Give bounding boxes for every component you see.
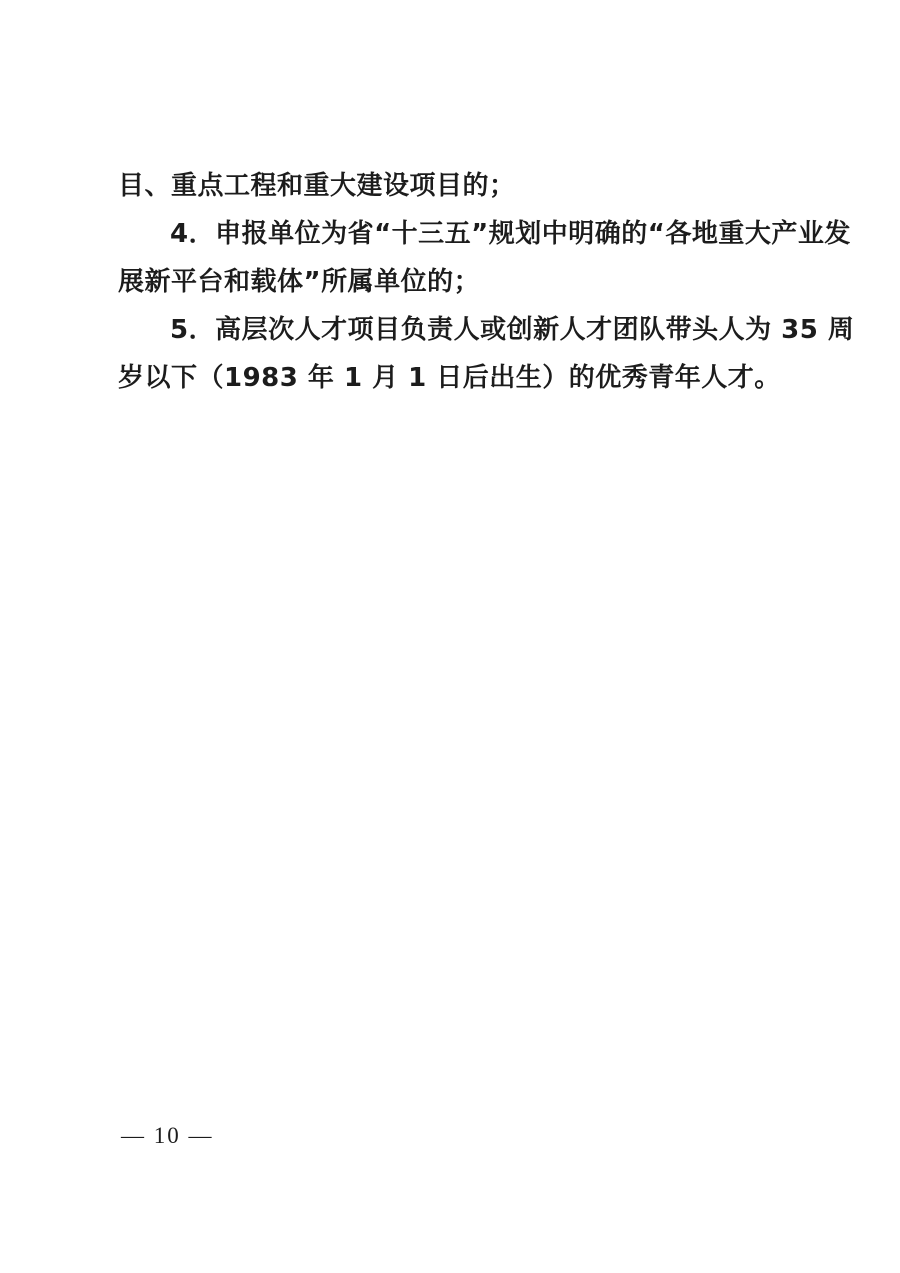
text-line-2-item-4: 4．申报单位为省“十三五”规划中明确的“各地重大产业发: [118, 210, 788, 258]
body-text-block: 目、重点工程和重大建设项目的； 4．申报单位为省“十三五”规划中明确的“各地重大…: [118, 162, 788, 402]
text-line-1: 目、重点工程和重大建设项目的；: [118, 162, 788, 210]
document-page: 目、重点工程和重大建设项目的； 4．申报单位为省“十三五”规划中明确的“各地重大…: [0, 0, 900, 1273]
text-line-4-item-5: 5．高层次人才项目负责人或创新人才团队带头人为 35 周: [118, 306, 788, 354]
page-number: — 10 —: [121, 1122, 214, 1150]
text-line-3: 展新平台和载体”所属单位的；: [118, 258, 788, 306]
text-line-5: 岁以下（1983 年 1 月 1 日后出生）的优秀青年人才。: [118, 354, 788, 402]
